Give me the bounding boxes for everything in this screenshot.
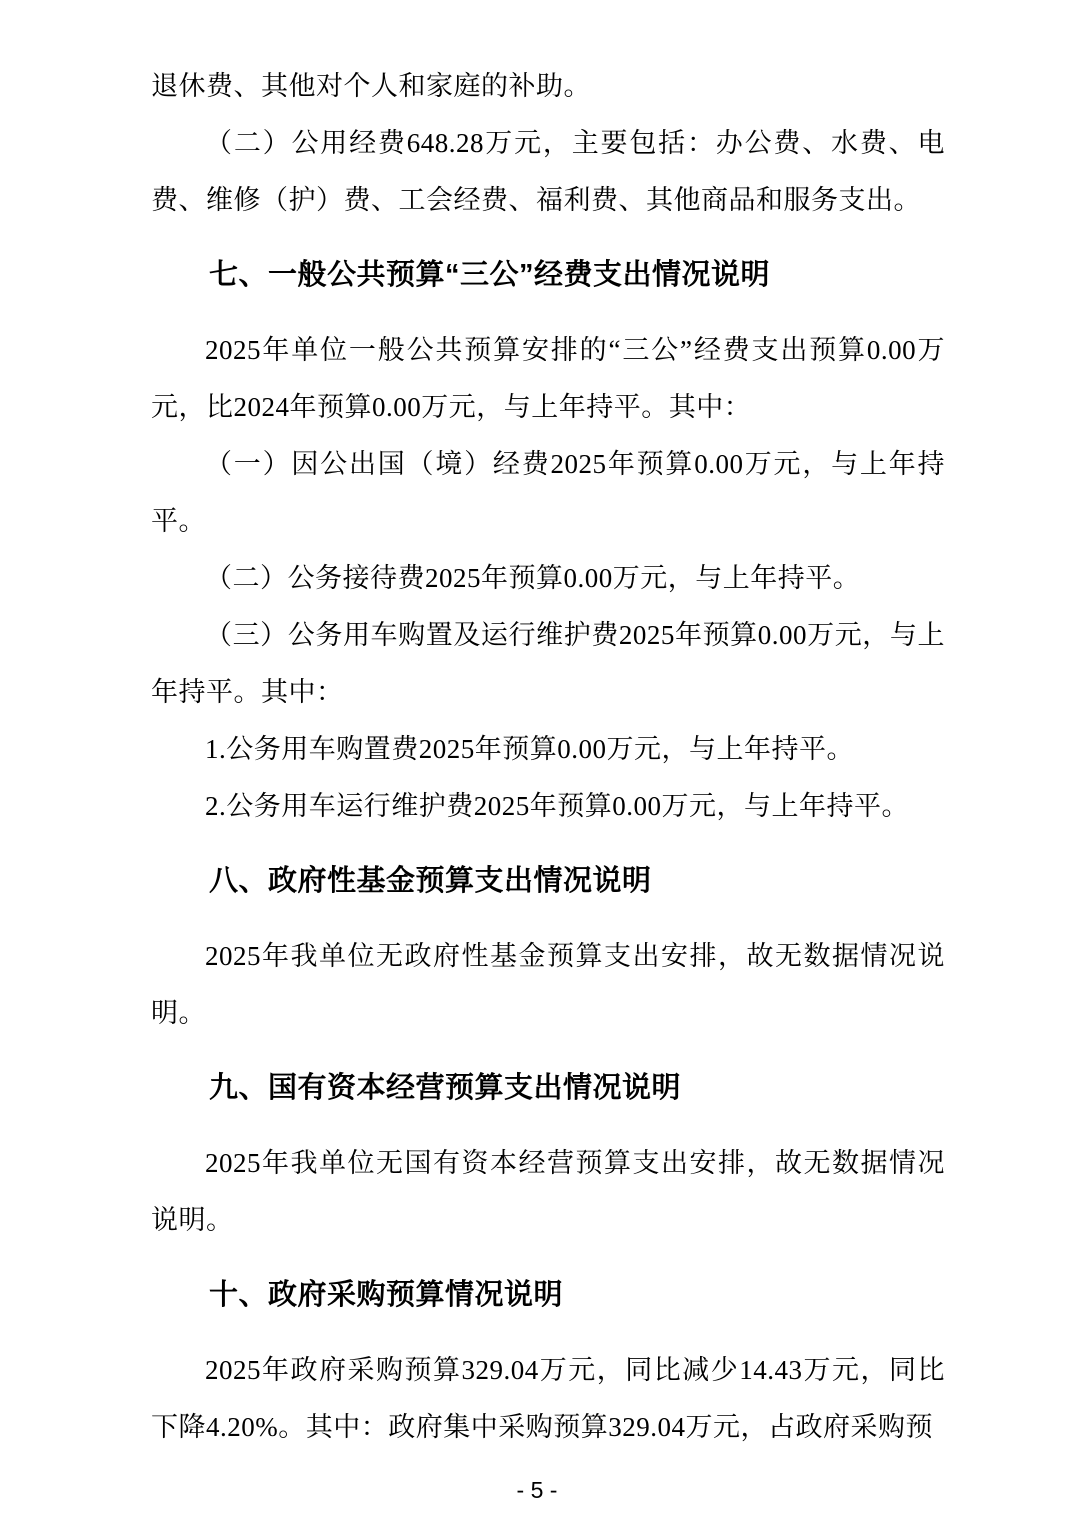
heading-section-8-government-fund-budget: 八、政府性基金预算支出情况说明: [151, 853, 945, 910]
heading-section-7-three-public-expenses: 七、一般公共预算“三公”经费支出情况说明: [151, 247, 945, 304]
heading-section-10-government-procurement: 十、政府采购预算情况说明: [151, 1267, 945, 1324]
paragraph-procurement-budget-detail: 2025年政府采购预算329.04万元，同比减少14.43万元，同比下降4.20…: [151, 1342, 945, 1456]
paragraph-official-vehicle-expense: （三）公务用车购置及运行维护费2025年预算0.00万元，与上年持平。其中：: [151, 607, 945, 721]
heading-section-9-state-capital-budget: 九、国有资本经营预算支出情况说明: [151, 1060, 945, 1117]
paragraph-vehicle-maintenance-expense: 2.公务用车运行维护费2025年预算0.00万元，与上年持平。: [151, 778, 945, 835]
paragraph-personal-family-subsidy-continuation: 退休费、其他对个人和家庭的补助。: [151, 58, 945, 115]
paragraph-vehicle-purchase-expense: 1.公务用车购置费2025年预算0.00万元，与上年持平。: [151, 721, 945, 778]
document-content: 退休费、其他对个人和家庭的补助。 （二）公用经费648.28万元，主要包括：办公…: [151, 0, 945, 1456]
paragraph-official-reception-expense: （二）公务接待费2025年预算0.00万元，与上年持平。: [151, 550, 945, 607]
paragraph-three-public-total: 2025年单位一般公共预算安排的“三公”经费支出预算0.00万元，比2024年预…: [151, 322, 945, 436]
paragraph-no-state-capital-budget: 2025年我单位无国有资本经营预算支出安排，故无数据情况说明。: [151, 1135, 945, 1249]
paragraph-overseas-travel-expense: （一）因公出国（境）经费2025年预算0.00万元，与上年持平。: [151, 436, 945, 550]
paragraph-public-funds-breakdown: （二）公用经费648.28万元，主要包括：办公费、水费、电费、维修（护）费、工会…: [151, 115, 945, 229]
paragraph-no-government-fund-budget: 2025年我单位无政府性基金预算支出安排，故无数据情况说明。: [151, 928, 945, 1042]
document-page: 退休费、其他对个人和家庭的补助。 （二）公用经费648.28万元，主要包括：办公…: [0, 0, 1074, 1520]
page-number: - 5 -: [0, 1477, 1074, 1503]
